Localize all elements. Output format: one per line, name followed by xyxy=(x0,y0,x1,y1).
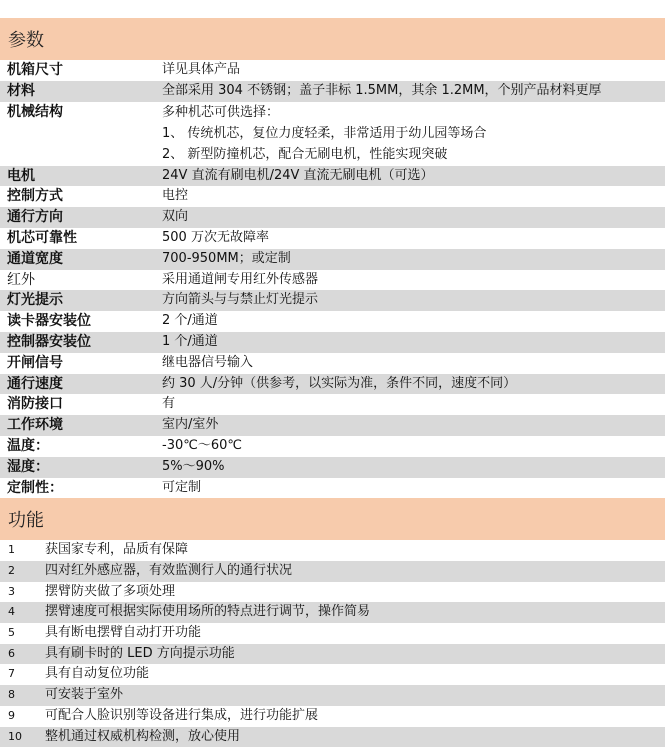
item-text: 获国家专利，品质有保障 xyxy=(45,540,665,561)
item-text: 可配合人脸识别等设备进行集成，进行功能扩展 xyxy=(45,706,665,727)
param-value: 继电器信号输入 xyxy=(162,353,665,374)
param-row-temperature: 温度： -30℃～60℃ xyxy=(0,436,665,457)
functions-section-header: 功能 xyxy=(0,498,665,540)
param-value: 1 个/通道 xyxy=(162,332,665,353)
list-item: 1 获国家专利，品质有保障 xyxy=(0,540,665,561)
spec-sheet: 参数 机箱尺寸 详见具体产品 材料 全部采用 304 不锈钢；盖子非标 1.5M… xyxy=(0,18,665,747)
param-value: 约 30 人/分钟（供参考，以实际为准，条件不同，速度不同） xyxy=(162,374,665,395)
item-text: 具有自动复位功能 xyxy=(45,664,665,685)
param-value: 24V 直流有刷电机/24V 直流无刷电机（可选） xyxy=(162,166,665,187)
param-row-controller-mount: 控制器安装位 1 个/通道 xyxy=(0,332,665,353)
param-row-reader-mount: 读卡器安装位 2 个/通道 xyxy=(0,311,665,332)
param-value: -30℃～60℃ xyxy=(162,436,665,457)
param-value: 5%～90% xyxy=(162,457,665,478)
param-label: 定制性： xyxy=(0,478,162,499)
item-number: 6 xyxy=(0,644,45,665)
param-label: 灯光提示 xyxy=(0,290,162,311)
param-row-customizable: 定制性： 可定制 xyxy=(0,478,665,499)
param-label: 机芯可靠性 xyxy=(0,228,162,249)
param-value: 有 xyxy=(162,394,665,415)
item-number: 1 xyxy=(0,540,45,561)
param-row-material: 材料 全部采用 304 不锈钢；盖子非标 1.5MM，其余 1.2MM，个别产品… xyxy=(0,81,665,102)
list-item: 4 摆臂速度可根据实际使用场所的特点进行调节，操作简易 xyxy=(0,602,665,623)
param-value-line: 多种机芯可供选择： xyxy=(162,102,665,123)
param-value: 方向箭头与与禁止灯光提示 xyxy=(162,290,665,311)
param-label: 开闸信号 xyxy=(0,353,162,374)
param-label: 工作环境 xyxy=(0,415,162,436)
param-value: 双向 xyxy=(162,207,665,228)
item-number: 10 xyxy=(0,727,45,748)
param-label: 电机 xyxy=(0,166,162,187)
param-label: 湿度： xyxy=(0,457,162,478)
param-row-reliability: 机芯可靠性 500 万次无故障率 xyxy=(0,228,665,249)
param-value: 采用通道闸专用红外传感器 xyxy=(162,270,665,291)
item-text: 具有刷卡时的 LED 方向提示功能 xyxy=(45,644,665,665)
param-row-fire-interface: 消防接口 有 xyxy=(0,394,665,415)
param-value: 700-950MM；或定制 xyxy=(162,249,665,270)
param-row-direction: 通行方向 双向 xyxy=(0,207,665,228)
param-value-line: 2、 新型防撞机芯，配合无刷电机，性能实现突破 xyxy=(162,144,665,165)
list-item: 3 摆臂防夹做了多项处理 xyxy=(0,582,665,603)
list-item: 2 四对红外感应器，有效监测行人的通行状况 xyxy=(0,561,665,582)
param-label: 控制器安装位 xyxy=(0,332,162,353)
param-value-line: 1、 传统机芯，复位力度轻柔，非常适用于幼儿园等场合 xyxy=(162,123,665,144)
item-number: 4 xyxy=(0,602,45,623)
param-label: 消防接口 xyxy=(0,394,162,415)
param-value: 多种机芯可供选择： 1、 传统机芯，复位力度轻柔，非常适用于幼儿园等场合 2、 … xyxy=(162,102,665,166)
item-text: 摆臂速度可根据实际使用场所的特点进行调节，操作简易 xyxy=(45,602,665,623)
param-label: 红外 xyxy=(0,270,162,291)
params-title: 参数 xyxy=(8,26,44,52)
param-row-open-signal: 开闸信号 继电器信号输入 xyxy=(0,353,665,374)
param-value: 2 个/通道 xyxy=(162,311,665,332)
param-value: 可定制 xyxy=(162,478,665,499)
item-number: 9 xyxy=(0,706,45,727)
item-text: 四对红外感应器，有效监测行人的通行状况 xyxy=(45,561,665,582)
item-text: 具有断电摆臂自动打开功能 xyxy=(45,623,665,644)
item-number: 3 xyxy=(0,582,45,603)
item-number: 2 xyxy=(0,561,45,582)
list-item: 10 整机通过权威机构检测，放心使用 xyxy=(0,727,665,748)
param-row-mechanism: 机械结构 多种机芯可供选择： 1、 传统机芯，复位力度轻柔，非常适用于幼儿园等场… xyxy=(0,102,665,166)
item-text: 整机通过权威机构检测，放心使用 xyxy=(45,727,665,748)
params-section-header: 参数 xyxy=(0,18,665,60)
param-value: 电控 xyxy=(162,186,665,207)
param-row-light-indicator: 灯光提示 方向箭头与与禁止灯光提示 xyxy=(0,290,665,311)
param-label: 通道宽度 xyxy=(0,249,162,270)
param-label: 材料 xyxy=(0,81,162,102)
item-number: 5 xyxy=(0,623,45,644)
param-label: 温度： xyxy=(0,436,162,457)
list-item: 5 具有断电摆臂自动打开功能 xyxy=(0,623,665,644)
item-number: 7 xyxy=(0,664,45,685)
item-number: 8 xyxy=(0,685,45,706)
list-item: 8 可安装于室外 xyxy=(0,685,665,706)
param-row-lane-width: 通道宽度 700-950MM；或定制 xyxy=(0,249,665,270)
param-label: 通行速度 xyxy=(0,374,162,395)
param-label: 机箱尺寸 xyxy=(0,60,162,81)
param-row-case-size: 机箱尺寸 详见具体产品 xyxy=(0,60,665,81)
list-item: 7 具有自动复位功能 xyxy=(0,664,665,685)
param-row-motor: 电机 24V 直流有刷电机/24V 直流无刷电机（可选） xyxy=(0,166,665,187)
functions-list: 1 获国家专利，品质有保障 2 四对红外感应器，有效监测行人的通行状况 3 摆臂… xyxy=(0,540,665,747)
param-row-environment: 工作环境 室内/室外 xyxy=(0,415,665,436)
list-item: 6 具有刷卡时的 LED 方向提示功能 xyxy=(0,644,665,665)
param-value: 室内/室外 xyxy=(162,415,665,436)
param-row-control-mode: 控制方式 电控 xyxy=(0,186,665,207)
param-label: 读卡器安装位 xyxy=(0,311,162,332)
param-value: 全部采用 304 不锈钢；盖子非标 1.5MM，其余 1.2MM，个别产品材料更… xyxy=(162,81,665,102)
param-label: 控制方式 xyxy=(0,186,162,207)
param-value: 详见具体产品 xyxy=(162,60,665,81)
param-row-humidity: 湿度： 5%～90% xyxy=(0,457,665,478)
params-table: 机箱尺寸 详见具体产品 材料 全部采用 304 不锈钢；盖子非标 1.5MM，其… xyxy=(0,60,665,498)
item-text: 可安装于室外 xyxy=(45,685,665,706)
param-label: 机械结构 xyxy=(0,102,162,166)
param-row-infrared: 红外 采用通道闸专用红外传感器 xyxy=(0,270,665,291)
param-value: 500 万次无故障率 xyxy=(162,228,665,249)
param-label: 通行方向 xyxy=(0,207,162,228)
list-item: 9 可配合人脸识别等设备进行集成，进行功能扩展 xyxy=(0,706,665,727)
param-row-throughput: 通行速度 约 30 人/分钟（供参考，以实际为准，条件不同，速度不同） xyxy=(0,374,665,395)
item-text: 摆臂防夹做了多项处理 xyxy=(45,582,665,603)
functions-title: 功能 xyxy=(8,506,44,532)
